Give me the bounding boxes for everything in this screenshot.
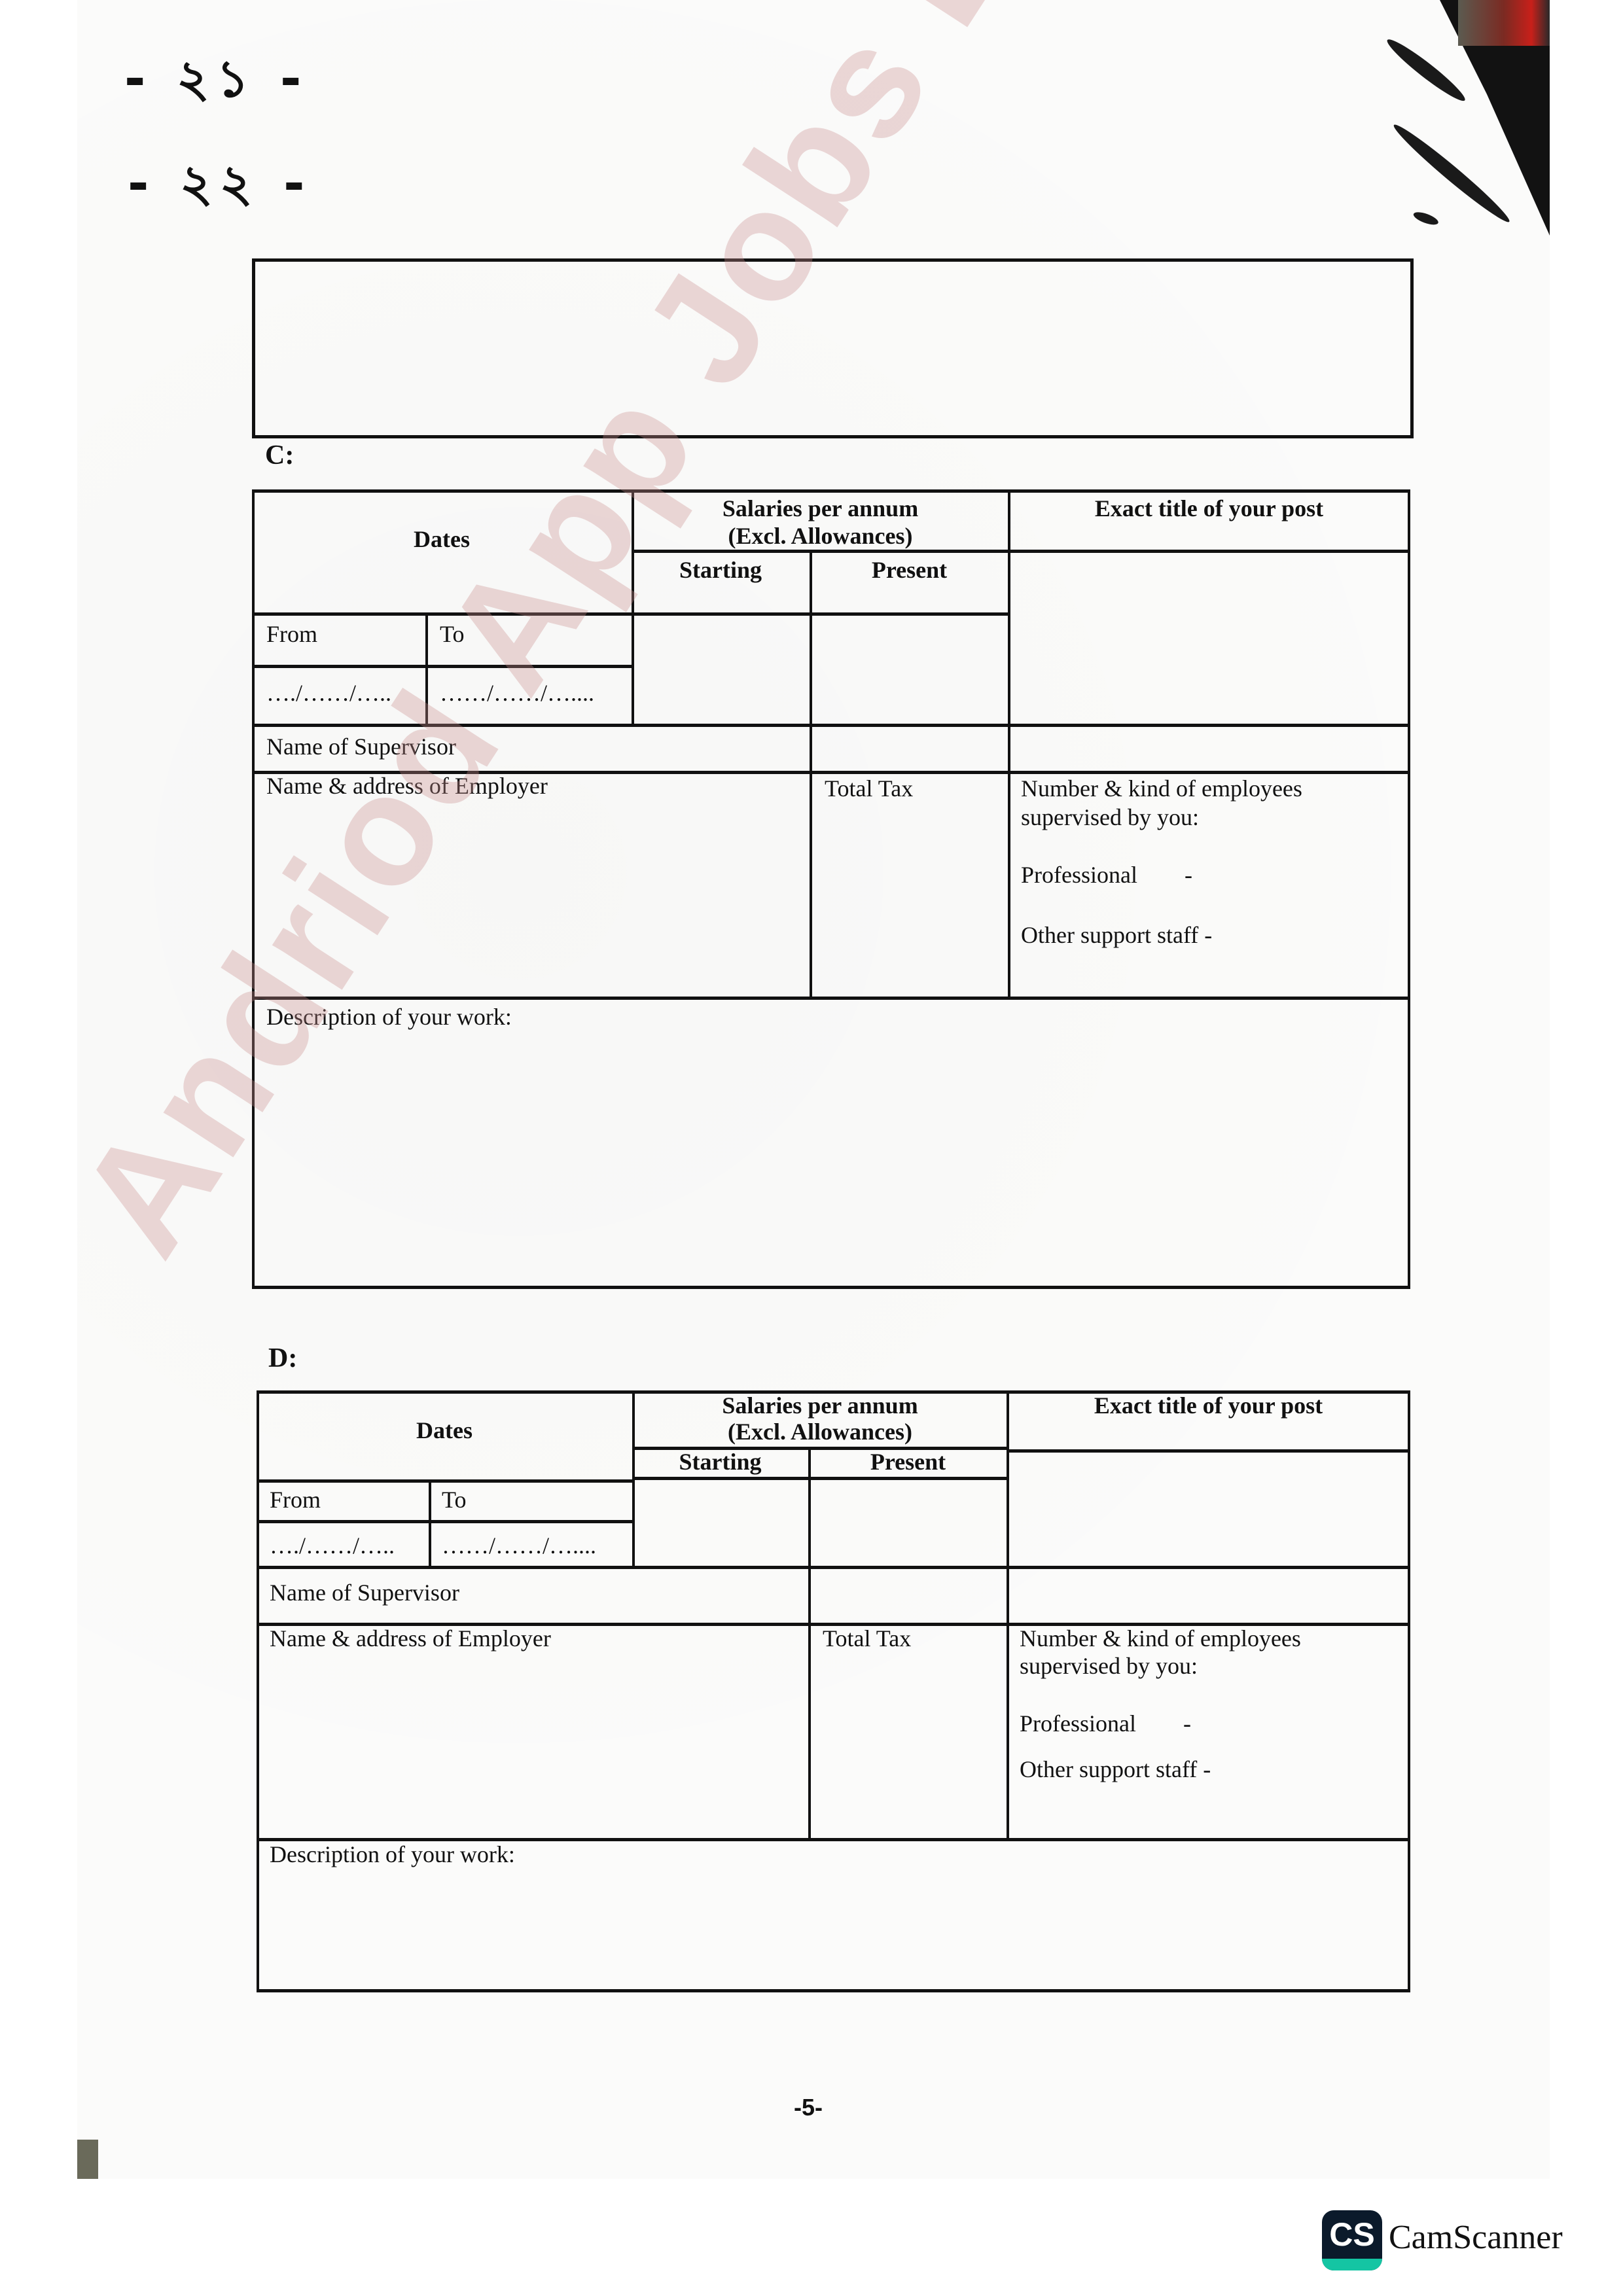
section-d-label: D: xyxy=(268,1343,297,1374)
date-from-field[interactable]: …./……/….. xyxy=(266,679,391,707)
supervisor-label: Name of Supervisor xyxy=(270,1579,459,1607)
employer-label: Name & address of Employer xyxy=(270,1625,551,1653)
total-tax-label: Total Tax xyxy=(823,1625,911,1653)
camscanner-brand-name: CamScanner xyxy=(1389,2218,1563,2257)
table-border-line xyxy=(1408,489,1410,1289)
page-number: -5- xyxy=(794,2094,823,2121)
professional-label: Professional - xyxy=(1021,861,1192,889)
table-border-line xyxy=(252,724,1410,727)
description-label: Description of your work: xyxy=(270,1841,515,1869)
exact-title-header: Exact title of your post xyxy=(1007,1392,1410,1420)
handwritten-note-1: - ২১ - xyxy=(124,39,308,124)
table-border-line xyxy=(252,997,1410,1000)
page-corner-tab xyxy=(77,2140,98,2179)
supervisor-label: Name of Supervisor xyxy=(266,733,456,761)
description-label: Description of your work: xyxy=(266,1003,512,1031)
handwritten-note-2: - ২২ - xyxy=(128,144,312,229)
previous-description-box[interactable] xyxy=(252,258,1414,438)
from-label: From xyxy=(266,620,317,648)
date-to-field[interactable]: ……/……/….... xyxy=(440,679,594,707)
table-border-line xyxy=(425,614,428,725)
to-label: To xyxy=(442,1486,466,1514)
table-border-line xyxy=(429,1481,431,1567)
camscanner-logo-accent xyxy=(1322,2259,1382,2270)
employees-label-2: supervised by you: xyxy=(1020,1652,1198,1680)
starting-header: Starting xyxy=(632,1448,808,1476)
table-border-line xyxy=(257,1520,633,1523)
dates-header: Dates xyxy=(257,1417,632,1445)
professional-label: Professional - xyxy=(1020,1710,1191,1738)
table-border-line xyxy=(257,1989,1410,1992)
salaries-subheader: (Excl. Allowances) xyxy=(632,1418,1008,1446)
employment-table-c: Dates Salaries per annum (Excl. Allowanc… xyxy=(252,489,1410,1289)
camscanner-logo-text: CS xyxy=(1322,2216,1382,2253)
from-label: From xyxy=(270,1486,321,1514)
present-header: Present xyxy=(810,556,1009,584)
table-border-line xyxy=(1008,550,1410,553)
date-to-field[interactable]: ……/……/….... xyxy=(442,1532,596,1560)
background-photo-strip xyxy=(1458,0,1550,46)
table-border-line xyxy=(808,1447,811,1839)
salaries-header: Salaries per annum xyxy=(632,495,1009,523)
table-border-line xyxy=(252,612,1009,616)
table-border-line xyxy=(257,1479,633,1483)
support-staff-label: Other support staff - xyxy=(1020,1756,1211,1784)
to-label: To xyxy=(440,620,464,648)
table-border-line xyxy=(252,489,255,1289)
table-border-line xyxy=(252,1286,1410,1289)
salaries-subheader: (Excl. Allowances) xyxy=(632,522,1009,550)
support-staff-label: Other support staff - xyxy=(1021,921,1212,949)
employees-label-2: supervised by you: xyxy=(1021,804,1199,832)
present-header: Present xyxy=(808,1448,1008,1476)
salaries-header: Salaries per annum xyxy=(632,1392,1008,1420)
table-border-line xyxy=(257,1566,1410,1569)
date-from-field[interactable]: …./……/….. xyxy=(270,1532,395,1560)
camscanner-logo-icon: CS xyxy=(1322,2210,1382,2270)
employees-label: Number & kind of employees xyxy=(1020,1625,1301,1653)
table-border-line xyxy=(632,1477,1008,1480)
dates-header: Dates xyxy=(252,525,632,554)
employment-table-d: Dates Salaries per annum (Excl. Allowanc… xyxy=(257,1390,1410,1992)
table-border-line xyxy=(252,665,633,668)
employer-label: Name & address of Employer xyxy=(266,772,548,800)
total-tax-label: Total Tax xyxy=(825,775,913,803)
employees-label: Number & kind of employees xyxy=(1021,775,1302,803)
table-border-line xyxy=(1408,1390,1410,1992)
table-border-line xyxy=(1007,1449,1410,1453)
exact-title-header: Exact title of your post xyxy=(1008,495,1410,523)
section-c-label: C: xyxy=(265,440,294,471)
table-border-line xyxy=(252,489,1410,493)
starting-header: Starting xyxy=(632,556,810,584)
